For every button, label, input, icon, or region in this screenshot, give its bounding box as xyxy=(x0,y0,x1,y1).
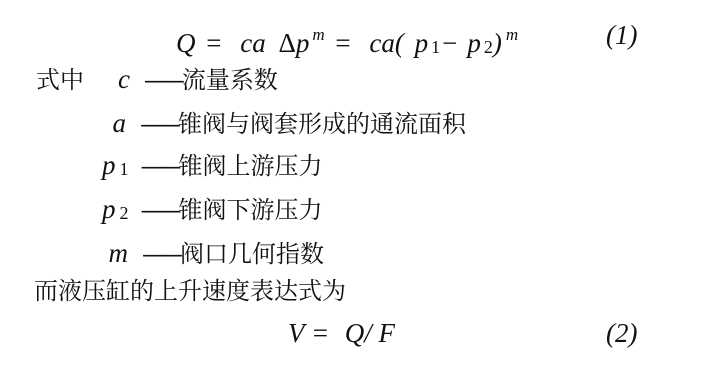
definition-row-a: a ——锥阀与阀套形成的通流面积 xyxy=(106,108,466,141)
eq1-p2-sub: 2 xyxy=(484,37,493,57)
eq1-term1-var: p xyxy=(296,28,310,58)
symbol-p1: p1 xyxy=(102,150,129,180)
symbol-p2-var: p xyxy=(102,194,116,224)
definition-row-c: 式中 c ——流量系数 xyxy=(36,64,278,97)
description-p1: 锥阀上游压力 xyxy=(178,152,322,180)
description-a: 锥阀与阀套形成的通流面积 xyxy=(178,110,466,138)
eq1-minus: − xyxy=(442,28,457,58)
eq1-term1-prefix: ca xyxy=(240,28,265,58)
description-c: 流量系数 xyxy=(182,66,278,94)
symbol-p1-var: p xyxy=(102,150,116,180)
description-p2: 锥阀下游压力 xyxy=(178,196,322,224)
eq1-lhs: Q xyxy=(176,28,196,58)
em-dash: —— xyxy=(140,113,178,138)
definition-row-p2: p2 ——锥阀下游压力 xyxy=(102,194,322,228)
definitions-intro: 式中 xyxy=(36,66,84,94)
symbol-p1-sub: 1 xyxy=(120,159,129,179)
em-dash: —— xyxy=(144,69,182,94)
equation-2: V = Q/ F xyxy=(288,318,395,348)
paragraph-text: 而液压缸的上升速度表达式为 xyxy=(34,276,346,306)
em-dash: —— xyxy=(142,243,180,268)
definition-row-m: m ——阀口几何指数 xyxy=(104,238,324,271)
eq1-exponent-2: m xyxy=(506,25,518,44)
eq2-equals: = xyxy=(313,318,328,348)
eq1-equals-2: = xyxy=(335,28,350,58)
em-dash: —— xyxy=(140,199,178,224)
eq1-p2-var: p xyxy=(467,28,481,58)
symbol-c: c xyxy=(92,64,130,94)
symbol-m: m xyxy=(104,238,128,268)
symbol-p2-sub: 2 xyxy=(120,203,129,223)
equation-1: Q = ca Δpm = ca( p1−p2)m xyxy=(176,20,518,62)
delta-symbol: Δ xyxy=(278,28,295,58)
symbol-a: a xyxy=(106,108,126,138)
equation-1-number: (1) xyxy=(606,20,637,50)
eq2-rhs: Q/ F xyxy=(345,318,395,348)
definition-row-p1: p1 ——锥阀上游压力 xyxy=(102,150,322,184)
eq1-exponent-1: m xyxy=(312,25,324,44)
symbol-p2: p2 xyxy=(102,194,129,224)
equation-2-number: (2) xyxy=(606,318,637,348)
eq1-p1-sub: 1 xyxy=(431,37,440,57)
eq1-equals-1: = xyxy=(206,28,221,58)
eq1-term2-prefix: ca( xyxy=(369,28,403,58)
eq1-p1-var: p xyxy=(415,28,429,58)
description-m: 阀口几何指数 xyxy=(180,240,324,268)
eq1-close-paren: ) xyxy=(493,28,502,58)
eq2-lhs: V xyxy=(288,318,304,348)
em-dash: —— xyxy=(140,155,178,180)
